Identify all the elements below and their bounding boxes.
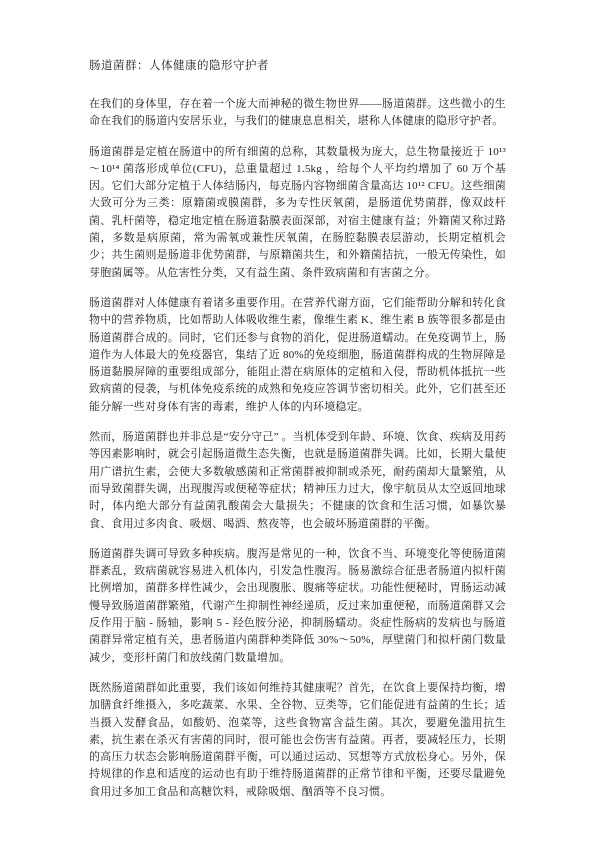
paragraph-dysbiosis-causes: 然而，肠道菌群也并非总是“安分守己” 。当机体受到年龄、环境、饮食、疾病及用药等… xyxy=(89,429,506,533)
document-title: 肠道菌群：人体健康的隐形守护者 xyxy=(89,58,506,75)
paragraph-diseases: 肠道菌群失调可导致多种疾病。腹泻是常见的一种，饮食不当、环境变化等使肠道菌群紊乱… xyxy=(89,546,506,667)
paragraph-functions: 肠道菌群对人体健康有着诸多重要作用。在营养代谢方面，它们能帮助分解和转化食物中的… xyxy=(89,295,506,416)
paragraph-intro: 在我们的身体里，存在着一个庞大而神秘的微生物世界——肠道菌群。这些微小的生命在我… xyxy=(89,96,506,131)
paragraph-composition: 肠道菌群是定植在肠道中的所有细菌的总称，其数量极为庞大，总生物量接近于 10¹³… xyxy=(89,144,506,282)
paragraph-health-advice: 既然肠道菌群如此重要，我们该如何维持其健康呢？首先，在饮食上要保持均衡，增加膳食… xyxy=(89,680,506,801)
document-page: 肠道菌群：人体健康的隐形守护者 在我们的身体里，存在着一个庞大而神秘的微生物世界… xyxy=(0,0,595,841)
